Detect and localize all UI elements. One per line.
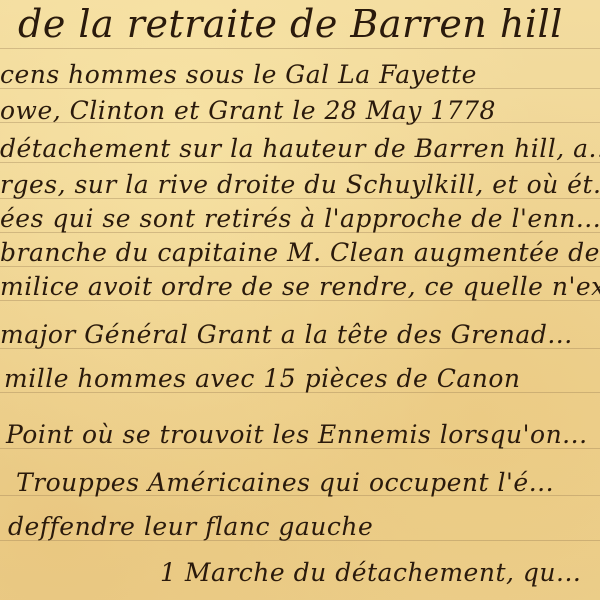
manuscript-line: ées qui se sont retirés à l'approche de … bbox=[0, 204, 600, 233]
manuscript-line: deffendre leur flanc gauche bbox=[8, 512, 373, 541]
manuscript-line: Point où se trouvoit les Ennemis lorsqu'… bbox=[6, 420, 588, 449]
manuscript-line: owe, Clinton et Grant le 28 May 1778 bbox=[0, 96, 496, 125]
manuscript-line: mille hommes avec 15 pièces de Canon bbox=[4, 364, 521, 393]
manuscript-line: major Général Grant a la tête des Grenad… bbox=[0, 320, 573, 349]
manuscript-line: branche du capitaine M. Clean augmentée … bbox=[0, 238, 600, 267]
manuscript-line: milice avoit ordre de se rendre, ce quel… bbox=[0, 272, 600, 301]
manuscript-line: Trouppes Américaines qui occupent l'é... bbox=[16, 468, 554, 497]
manuscript-line: rges, sur la rive droite du Schuylkill, … bbox=[0, 170, 600, 199]
manuscript-line: 1 Marche du détachement, qu... bbox=[160, 558, 581, 587]
ruled-line bbox=[0, 48, 600, 49]
manuscript-title-line: de la retraite de Barren hill bbox=[18, 2, 563, 46]
manuscript-line: détachement sur la hauteur de Barren hil… bbox=[0, 134, 600, 163]
manuscript-line: cens hommes sous le Gal La Fayette bbox=[0, 60, 477, 89]
